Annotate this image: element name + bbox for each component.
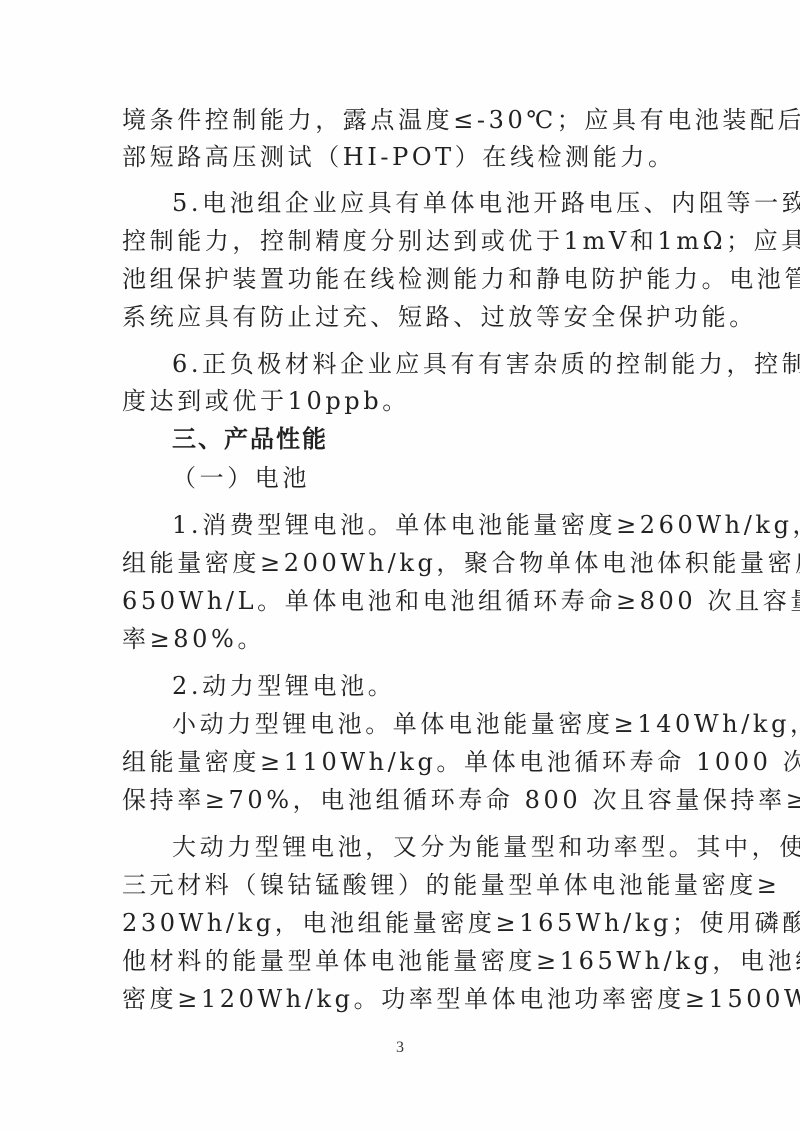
text-line: 保持率≥70%，电池组循环寿命 800 次且容量保持率≥70%。 bbox=[122, 786, 682, 816]
text-line: 池组保护装置功能在线检测能力和静电防护能力。电池管理 bbox=[122, 265, 682, 295]
text-line: 1.消费型锂电池。单体电池能量密度≥260Wh/kg，电池 bbox=[172, 511, 682, 541]
text-line: 部短路高压测试（HI-POT）在线检测能力。 bbox=[122, 143, 682, 173]
section-heading: 三、产品性能 bbox=[172, 425, 682, 455]
text-line: 大动力型锂电池，又分为能量型和功率型。其中，使用 bbox=[172, 833, 682, 863]
text-line: 度达到或优于10ppb。 bbox=[122, 387, 682, 417]
text-line: 6.正负极材料企业应具有有害杂质的控制能力，控制精 bbox=[172, 350, 682, 380]
text-line: 他材料的能量型单体电池能量密度≥165Wh/kg，电池组能量 bbox=[122, 947, 682, 977]
text-line: 230Wh/kg，电池组能量密度≥165Wh/kg；使用磷酸铁锂等其 bbox=[122, 909, 682, 939]
text-line: 系统应具有防止过充、短路、过放等安全保护功能。 bbox=[122, 303, 682, 333]
text-line: 率≥80%。 bbox=[122, 625, 682, 655]
text-line: 5.电池组企业应具有单体电池开路电压、内阻等一致性 bbox=[172, 189, 682, 219]
text-line: 组能量密度≥200Wh/kg，聚合物单体电池体积能量密度≥ bbox=[122, 549, 682, 579]
text-line: 650Wh/L。单体电池和电池组循环寿命≥800 次且容量保持 bbox=[122, 587, 682, 617]
text-line: 小动力型锂电池。单体电池能量密度≥140Wh/kg，电池 bbox=[172, 710, 682, 740]
document-page: 境条件控制能力，露点温度≤-30℃；应具有电池装配后的内部短路高压测试（HI-P… bbox=[0, 0, 800, 1131]
subsection-heading: （一）电池 bbox=[172, 464, 682, 494]
text-line: 三元材料（镍钴锰酸锂）的能量型单体电池能量密度≥ bbox=[122, 871, 682, 901]
text-line: 控制能力，控制精度分别达到或优于1mV和1mΩ；应具有电 bbox=[122, 227, 682, 257]
page-number: 3 bbox=[0, 1039, 800, 1057]
text-line: 境条件控制能力，露点温度≤-30℃；应具有电池装配后的内 bbox=[122, 106, 682, 136]
text-line: 密度≥120Wh/kg。功率型单体电池功率密度≥1500W/kg，电 bbox=[122, 985, 682, 1015]
text-line: 2.动力型锂电池。 bbox=[172, 672, 682, 702]
text-line: 组能量密度≥110Wh/kg。单体电池循环寿命 1000 次且容量 bbox=[122, 748, 682, 778]
